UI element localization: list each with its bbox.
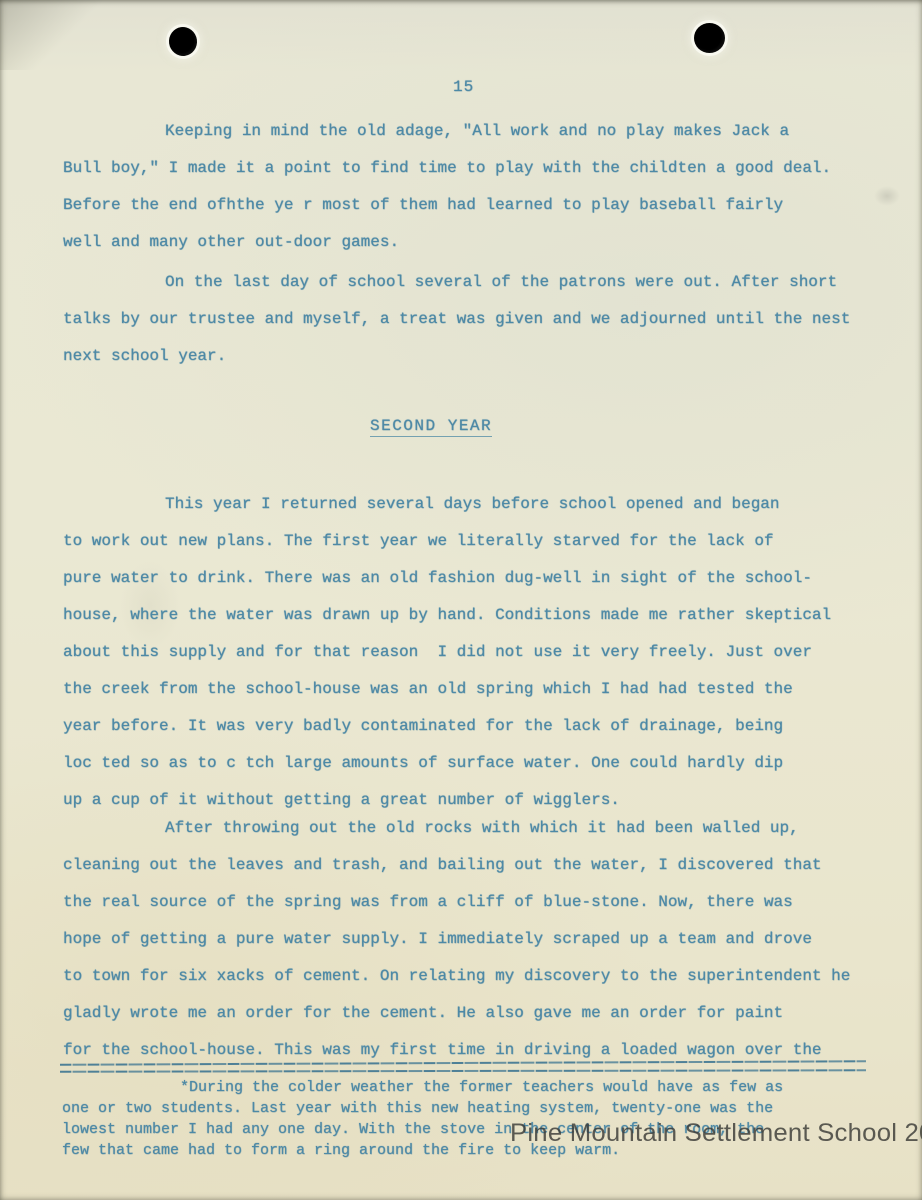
typed-line: the creek from the school-house was an o… <box>63 671 873 708</box>
paper-stain <box>874 186 900 206</box>
watermark: Pine Mountain Settlement School 2019 <box>510 1119 922 1148</box>
typed-line: well and many other out-door games. <box>63 224 873 261</box>
paragraph-1: Keeping in mind the old adage, "All work… <box>63 113 873 261</box>
scan-corner-shadow <box>0 0 120 70</box>
typed-line: house, where the water was drawn up by h… <box>63 597 873 634</box>
section-heading-text: SECOND YEAR <box>370 417 492 437</box>
typed-line: pure water to drink. There was an old fa… <box>63 560 873 597</box>
typed-line: Keeping in mind the old adage, "All work… <box>63 113 873 150</box>
typed-line: Bull boy," I made it a point to find tim… <box>63 150 873 187</box>
paragraph-2: On the last day of school several of the… <box>63 264 873 375</box>
document-page: 15 Keeping in mind the old adage, "All w… <box>0 0 922 1200</box>
typed-line: year before. It was very badly contamina… <box>63 708 873 745</box>
typed-line: On the last day of school several of the… <box>63 264 873 301</box>
typed-line: to work out new plans. The first year we… <box>63 523 873 560</box>
typed-line: gladly wrote me an order for the cement.… <box>63 995 873 1032</box>
hole-punch-right <box>694 23 725 53</box>
typed-line: talks by our trustee and myself, a treat… <box>63 301 873 338</box>
typed-line: next school year. <box>63 338 873 375</box>
typed-line: the real source of the spring was from a… <box>63 884 873 921</box>
section-heading: SECOND YEAR <box>370 408 492 445</box>
typed-line: about this supply and for that reason I … <box>63 634 873 671</box>
paragraph-3: This year I returned several days before… <box>63 486 873 819</box>
typed-line: to town for six xacks of cement. On rela… <box>63 958 873 995</box>
separator-rule-bottom <box>60 1069 866 1072</box>
hole-punch-left <box>167 25 199 58</box>
typed-line: After throwing out the old rocks with wh… <box>63 810 873 847</box>
typed-line: Before the end ofhthe ye r most of them … <box>63 187 873 224</box>
typed-line: cleaning out the leaves and trash, and b… <box>63 847 873 884</box>
typed-line: *During the colder weather the former te… <box>62 1077 862 1098</box>
paragraph-4: After throwing out the old rocks with wh… <box>63 810 873 1069</box>
typed-line: This year I returned several days before… <box>63 486 873 523</box>
footnote-separator <box>60 1060 866 1076</box>
page-number: 15 <box>453 78 474 96</box>
typed-line: loc ted so as to c tch large amounts of … <box>63 745 873 782</box>
typed-line: hope of getting a pure water supply. I i… <box>63 921 873 958</box>
typed-line: one or two students. Last year with this… <box>62 1098 862 1119</box>
